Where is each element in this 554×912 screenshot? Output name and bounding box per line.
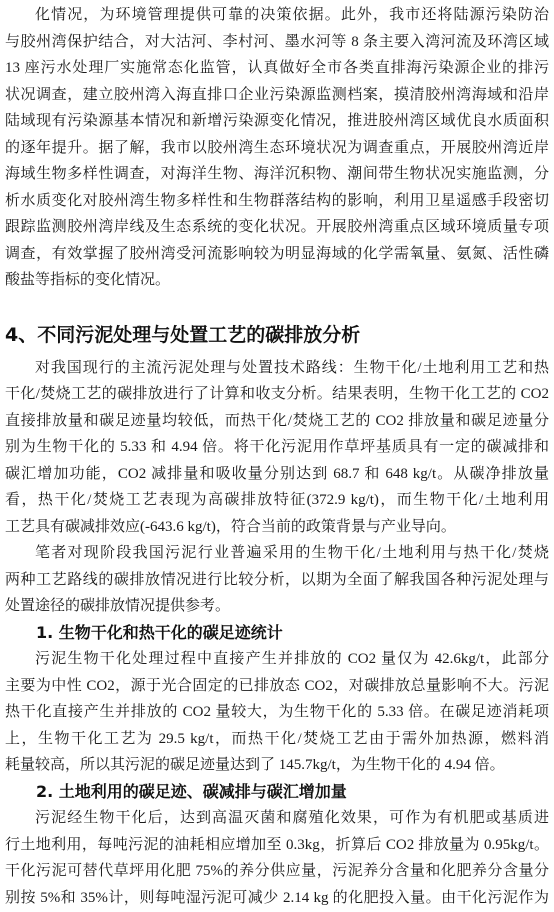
text-line: 与胶州湾保护结合，对大沽河、李村河、墨水河等 8 条主要入湾河流及环湾区域 xyxy=(5,29,549,56)
text-line: 看，热干化/焚烧工艺表现为高碳排放特征(372.9 kg/t)，而生物干化/土地… xyxy=(5,487,549,514)
overview-paragraph: 对我国现行的主流污泥处理与处置技术路线：生物干化/土地利用工艺和热干化/焚烧工艺… xyxy=(5,355,549,541)
text-line: 两种工艺路线的碳排放情况进行比较分析，以期为全面了解我国各种污泥处理与 xyxy=(5,567,549,594)
text-line: 别按 5%和 35%计，则每吨湿污泥可减少 2.14 kg 的化肥投入量。由干化… xyxy=(5,885,549,912)
intro-paragraph: 化情况，为环境管理提供可靠的决策依据。此外，我市还将陆源污染防治与胶州湾保护结合… xyxy=(5,2,549,294)
section-heading: 4、不同污泥处理与处置工艺的碳排放分析 xyxy=(5,322,549,348)
text-line: 碳汇增加功能，CO2 减排量和吸收量分别达到 68.7 和 648 kg/t。从… xyxy=(5,461,549,488)
text-line: 析水质变化对胶州湾生物多样性和生物群落结构的影响，利用卫星遥感手段密切 xyxy=(5,188,549,215)
text-line: 的逐年提升。据了解，我市以胶州湾生态环境状况为调查重点，开展胶州湾近岸 xyxy=(5,135,549,162)
text-line: 干化污泥可替代草坪用化肥 75%的养分供应量，污泥养分含量和化肥养分含量分 xyxy=(5,858,549,885)
carbon-footprint-paragraph: 污泥生物干化处理过程中直接产生并排放的 CO2 量仅为 42.6kg/t，此部分… xyxy=(5,646,549,779)
text-line: 对我国现行的主流污泥处理与处置技术路线：生物干化/土地利用工艺和热 xyxy=(5,355,549,382)
text-line: 上，生物干化工艺为 29.5 kg/t，而热干化/焚烧工艺由于需外加热源，燃料消 xyxy=(5,726,549,753)
text-line: 干化/焚烧工艺的碳排放进行了计算和收支分析。结果表明，生物干化工艺的 CO2 xyxy=(5,381,549,408)
subheading-carbon-footprint-statistics: 1. 生物干化和热干化的碳足迹统计 xyxy=(5,620,549,647)
document-page: 化情况，为环境管理提供可靠的决策依据。此外，我市还将陆源污染防治与胶州湾保护结合… xyxy=(0,0,554,912)
text-line: 工艺具有碳减排效应(-643.6 kg/t)，符合当前的政策背景与产业导向。 xyxy=(5,514,549,541)
text-line: 陆域现有污染源基本情况和新增污染源变化情况，推进胶州湾区域优良水质面积 xyxy=(5,108,549,135)
text-line: 状况调查，建立胶州湾入海直排口企业污染源监测档案，摸清胶州湾海域和沿岸 xyxy=(5,82,549,109)
text-line: 污泥经生物干化后，达到高温灭菌和腐殖化效果，可作为有机肥或基质进 xyxy=(5,805,549,832)
text-line: 直接排放量和碳足迹量均较低，而热干化/焚烧工艺的 CO2 排放量和碳足迹量分 xyxy=(5,408,549,435)
text-line: 调查，有效掌握了胶州湾受河流影响较为明显海域的化学需氧量、氨氮、活性磷 xyxy=(5,241,549,268)
text-line: 主要为中性 CO2，源于光合固定的已排放态 CO2，对碳排放总量影响不大。污泥 xyxy=(5,673,549,700)
text-line: 处置途径的碳排放情况提供参考。 xyxy=(5,593,549,620)
text-line: 13 座污水处理厂实施常态化监管，认真做好全市各类直排海污染源企业的排污 xyxy=(5,55,549,82)
text-line: 热干化直接产生并排放的 CO2 量较大，为生物干化的 5.33 倍。在碳足迹消耗… xyxy=(5,699,549,726)
subheading-land-use-carbon: 2. 土地利用的碳足迹、碳减排与碳汇增加量 xyxy=(5,779,549,806)
text-line: 笔者对现阶段我国污泥行业普遍采用的生物干化/土地利用与热干化/焚烧 xyxy=(5,540,549,567)
text-line: 酸盐等指标的变化情况。 xyxy=(5,267,549,294)
text-line: 行土地利用，每吨污泥的油耗相应增加至 0.3kg，折算后 CO2 排放量为 0.… xyxy=(5,832,549,859)
text-line: 污泥生物干化处理过程中直接产生并排放的 CO2 量仅为 42.6kg/t，此部分 xyxy=(5,646,549,673)
text-line: 海域生物多样性调查，对海洋生物、海洋沉积物、潮间带生物状况实施监测，分 xyxy=(5,161,549,188)
purpose-paragraph: 笔者对现阶段我国污泥行业普遍采用的生物干化/土地利用与热干化/焚烧两种工艺路线的… xyxy=(5,540,549,620)
text-line: 别为生物干化的 5.33 和 4.94 倍。将干化污泥用作草坪基质具有一定的碳减… xyxy=(5,434,549,461)
land-use-paragraph: 污泥经生物干化后，达到高温灭菌和腐殖化效果，可作为有机肥或基质进行土地利用，每吨… xyxy=(5,805,549,911)
text-line: 化情况，为环境管理提供可靠的决策依据。此外，我市还将陆源污染防治 xyxy=(5,2,549,29)
text-line: 耗量较高，所以其污泥的碳足迹量达到了 145.7kg/t，为生物干化的 4.94… xyxy=(5,752,549,779)
text-line: 跟踪监测胶州湾岸线及生态系统的变化状况。开展胶州湾重点区域环境质量专项 xyxy=(5,214,549,241)
